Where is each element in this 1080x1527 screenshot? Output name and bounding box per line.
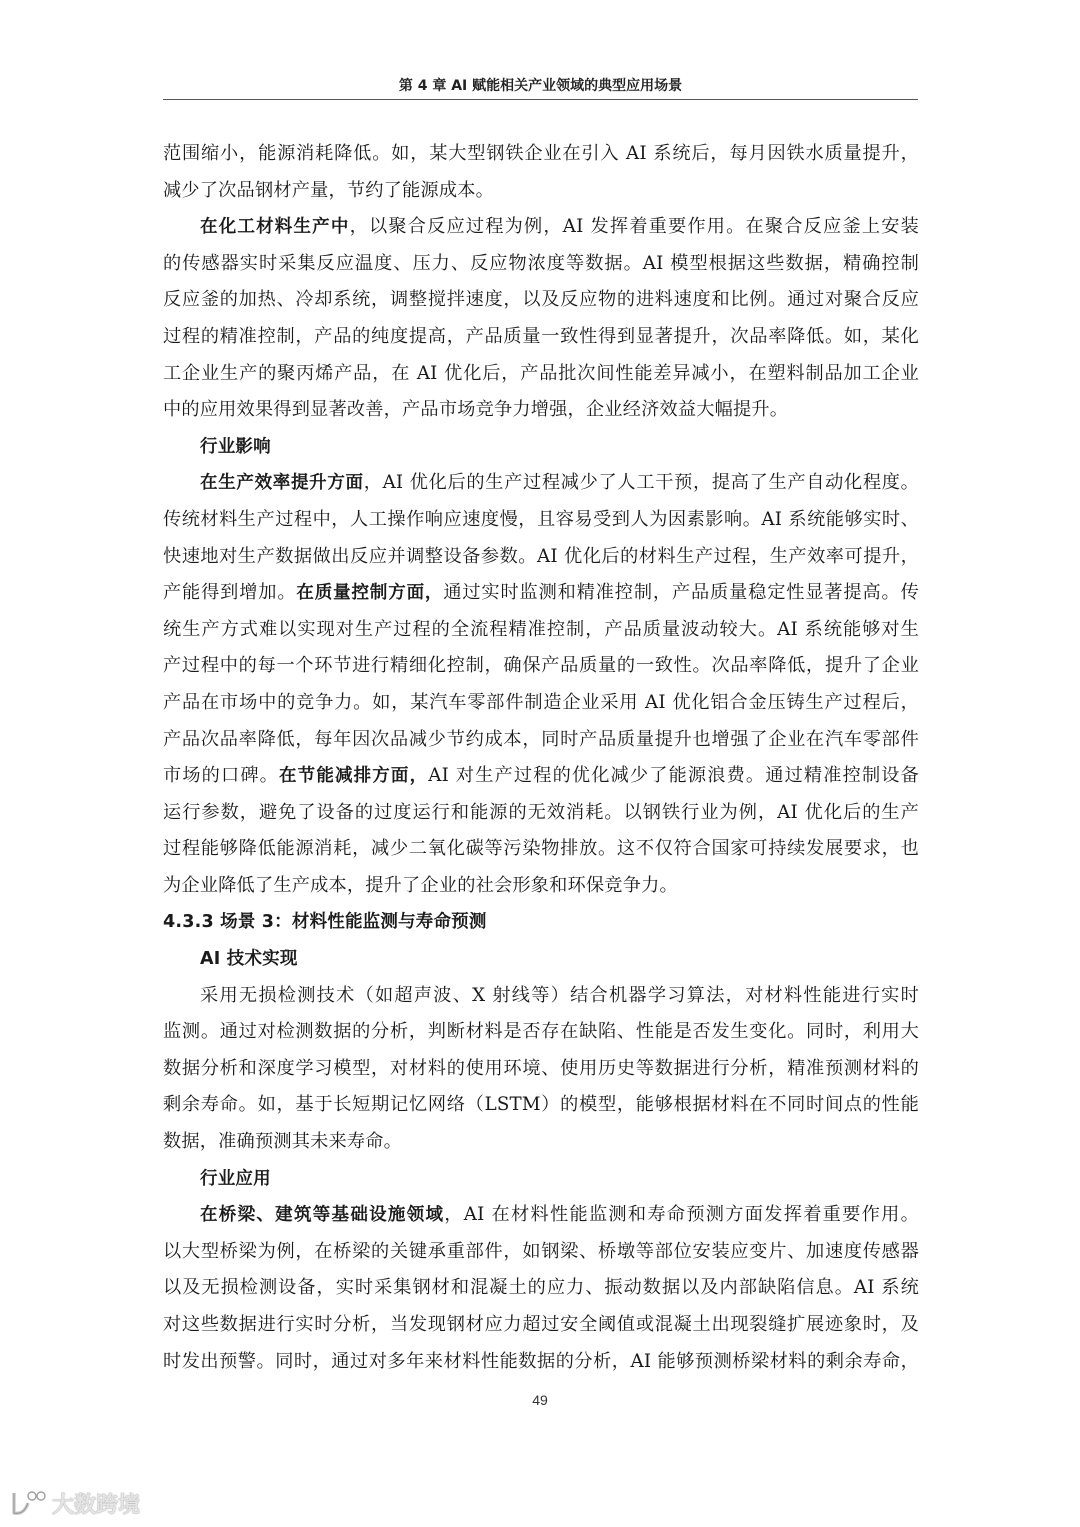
text-segment: 以大型桥梁为例，在桥梁的关键承重部件，如钢梁、桥墩等部位安装应变片、加速度传感器 [163, 1241, 919, 1262]
text-line: 市场的口碑。在节能减排方面，AI 对生产过程的优化减少了能源浪费。通过精准控制设… [163, 758, 919, 795]
text-segment: 时发出预警。同时，通过对多年来材料性能数据的分析，AI 能够预测桥梁材料的剩余寿… [163, 1351, 919, 1372]
text-segment: 过程的精准控制，产品的纯度提高，产品质量一致性得到显著提升，次品率降低。如，某化 [163, 326, 919, 347]
text-line: 过程能够降低能源消耗，减少二氧化碳等污染物排放。这不仅符合国家可持续发展要求，也 [163, 831, 919, 868]
text-line: 范围缩小，能源消耗降低。如，某大型钢铁企业在引入 AI 系统后，每月因铁水质量提… [163, 136, 919, 173]
text-segment: 反应釜的加热、冷却系统，调整搅拌速度，以及反应物的进料速度和比例。通过对聚合反应 [163, 289, 919, 310]
running-header: 第 4 章 AI 赋能相关产业领域的典型应用场景 [163, 76, 918, 100]
text-line: 时发出预警。同时，通过对多年来材料性能数据的分析，AI 能够预测桥梁材料的剩余寿… [163, 1344, 919, 1381]
bold-lead-text: 4.3.3 场景 3：材料性能监测与寿命预测 [163, 912, 487, 932]
text-segment: ，AI 在材料性能监测和寿命预测方面发挥着重要作用。 [444, 1204, 919, 1225]
text-line: 统生产方式难以实现对生产过程的全流程精准控制，产品质量波动较大。AI 系统能够对… [163, 612, 919, 649]
text-segment: 传统材料生产过程中，人工操作响应速度慢，且容易受到人为因素影响。AI 系统能够实… [163, 509, 919, 530]
body-text: 范围缩小，能源消耗降低。如，某大型钢铁企业在引入 AI 系统后，每月因铁水质量提… [163, 136, 919, 1380]
bold-lead-text: 在生产效率提升方面 [200, 473, 364, 493]
text-segment: 的传感器实时采集反应温度、压力、反应物浓度等数据。AI 模型根据这些数据，精确控… [163, 253, 919, 274]
text-segment: 过程能够降低能源消耗，减少二氧化碳等污染物排放。这不仅符合国家可持续发展要求，也 [163, 838, 919, 859]
text-segment: 数据分析和深度学习模型，对材料的使用环境、使用历史等数据进行分析，精准预测材料的 [163, 1058, 919, 1079]
bold-lead-text: 在桥梁、建筑等基础设施领域 [200, 1205, 444, 1225]
text-line: 数据，准确预测其未来寿命。 [163, 1124, 919, 1161]
bold-lead-text: 在化工材料生产中 [200, 217, 350, 237]
text-line: 过程的精准控制，产品的纯度提高，产品质量一致性得到显著提升，次品率降低。如，某化 [163, 319, 919, 356]
watermark-logo-icon [10, 1489, 48, 1517]
bold-lead-text: AI 技术实现 [200, 949, 298, 969]
text-segment: 以及无损检测设备，实时采集钢材和混凝土的应力、振动数据以及内部缺陷信息。AI 系… [163, 1277, 919, 1298]
text-segment: 市场的口碑。 [163, 765, 279, 786]
text-line: 产品在市场中的竞争力。如，某汽车零部件制造企业采用 AI 优化铝合金压铸生产过程… [163, 685, 919, 722]
watermark-text: 大数跨境 [52, 1488, 140, 1519]
text-line: 数据分析和深度学习模型，对材料的使用环境、使用历史等数据进行分析，精准预测材料的 [163, 1051, 919, 1088]
text-segment: 产过程中的每一个环节进行精细化控制，确保产品质量的一致性。次品率降低，提升了企业 [163, 655, 919, 676]
text-segment: 为企业降低了生产成本，提升了企业的社会形象和环保竞争力。 [163, 875, 678, 896]
text-line: 在生产效率提升方面，AI 优化后的生产过程减少了人工干预，提高了生产自动化程度。 [163, 465, 919, 502]
text-line: 以及无损检测设备，实时采集钢材和混凝土的应力、振动数据以及内部缺陷信息。AI 系… [163, 1270, 919, 1307]
text-segment: ，以聚合反应过程为例，AI 发挥着重要作用。在聚合反应釜上安装 [350, 216, 919, 237]
text-line: 减少了次品钢材产量，节约了能源成本。 [163, 173, 919, 210]
text-line: 运行参数，避免了设备的过度运行和能源的无效消耗。以钢铁行业为例，AI 优化后的生… [163, 795, 919, 832]
section-heading: 行业影响 [163, 429, 919, 466]
text-segment: ，AI 优化后的生产过程减少了人工干预，提高了生产自动化程度。 [364, 472, 919, 493]
text-segment: 通过实时监测和精准控制，产品质量稳定性显著提高。传 [443, 582, 919, 603]
text-line: 反应釜的加热、冷却系统，调整搅拌速度，以及反应物的进料速度和比例。通过对聚合反应 [163, 282, 919, 319]
text-segment: 范围缩小，能源消耗降低。如，某大型钢铁企业在引入 AI 系统后，每月因铁水质量提… [163, 143, 919, 164]
text-segment: 工企业生产的聚丙烯产品，在 AI 优化后，产品批次间性能差异减小，在塑料制品加工… [163, 363, 919, 384]
text-line: 产能得到增加。在质量控制方面，通过实时监测和精准控制，产品质量稳定性显著提高。传 [163, 575, 919, 612]
text-line: 工企业生产的聚丙烯产品，在 AI 优化后，产品批次间性能差异减小，在塑料制品加工… [163, 356, 919, 393]
text-line: 采用无损检测技术（如超声波、X 射线等）结合机器学习算法，对材料性能进行实时 [163, 978, 919, 1015]
text-segment: 对这些数据进行实时分析，当发现钢材应力超过安全阈值或混凝土出现裂缝扩展迹象时，及 [163, 1314, 919, 1335]
text-line: 监测。通过对检测数据的分析，判断材料是否存在缺陷、性能是否发生变化。同时，利用大 [163, 1014, 919, 1051]
text-line: 在桥梁、建筑等基础设施领域，AI 在材料性能监测和寿命预测方面发挥着重要作用。 [163, 1197, 919, 1234]
text-line: 传统材料生产过程中，人工操作响应速度慢，且容易受到人为因素影响。AI 系统能够实… [163, 502, 919, 539]
text-line: 的传感器实时采集反应温度、压力、反应物浓度等数据。AI 模型根据这些数据，精确控… [163, 246, 919, 283]
text-line: 中的应用效果得到显著改善，产品市场竞争力增强，企业经济效益大幅提升。 [163, 392, 919, 429]
text-segment: 中的应用效果得到显著改善，产品市场竞争力增强，企业经济效益大幅提升。 [163, 399, 788, 420]
text-segment: 采用无损检测技术（如超声波、X 射线等）结合机器学习算法，对材料性能进行实时 [200, 985, 919, 1006]
text-line: 以大型桥梁为例，在桥梁的关键承重部件，如钢梁、桥墩等部位安装应变片、加速度传感器 [163, 1234, 919, 1271]
bold-lead-text: 行业影响 [200, 437, 271, 457]
section-heading: 行业应用 [163, 1161, 919, 1198]
text-segment: 产品次品率降低，每年因次品减少节约成本，同时产品质量提升也增强了企业在汽车零部件 [163, 729, 919, 750]
text-segment: AI 对生产过程的优化减少了能源浪费。通过精准控制设备 [428, 765, 919, 786]
text-line: 快速地对生产数据做出反应并调整设备参数。AI 优化后的材料生产过程，生产效率可提… [163, 539, 919, 576]
watermark: 大数跨境 [10, 1488, 140, 1518]
text-line: 产品次品率降低，每年因次品减少节约成本，同时产品质量提升也增强了企业在汽车零部件 [163, 722, 919, 759]
bold-lead-text: 在质量控制方面， [296, 583, 443, 603]
text-segment: 统生产方式难以实现对生产过程的全流程精准控制，产品质量波动较大。AI 系统能够对… [163, 619, 919, 640]
text-line: 为企业降低了生产成本，提升了企业的社会形象和环保竞争力。 [163, 868, 919, 905]
text-segment: 减少了次品钢材产量，节约了能源成本。 [163, 180, 494, 201]
text-line: 产过程中的每一个环节进行精细化控制，确保产品质量的一致性。次品率降低，提升了企业 [163, 648, 919, 685]
section-heading: 4.3.3 场景 3：材料性能监测与寿命预测 [163, 904, 919, 941]
text-line: 对这些数据进行实时分析，当发现钢材应力超过安全阈值或混凝土出现裂缝扩展迹象时，及 [163, 1307, 919, 1344]
page-number: 49 [0, 1392, 1080, 1408]
text-segment: 监测。通过对检测数据的分析，判断材料是否存在缺陷、性能是否发生变化。同时，利用大 [163, 1021, 919, 1042]
text-segment: 运行参数，避免了设备的过度运行和能源的无效消耗。以钢铁行业为例，AI 优化后的生… [163, 802, 919, 823]
bold-lead-text: 在节能减排方面， [279, 766, 428, 786]
text-line: 剩余寿命。如，基于长短期记忆网络（LSTM）的模型，能够根据材料在不同时间点的性… [163, 1087, 919, 1124]
text-segment: 数据，准确预测其未来寿命。 [163, 1131, 402, 1152]
text-segment: 产能得到增加。 [163, 582, 296, 603]
header-divider [163, 99, 918, 100]
section-heading: AI 技术实现 [163, 941, 919, 978]
text-segment: 快速地对生产数据做出反应并调整设备参数。AI 优化后的材料生产过程，生产效率可提… [163, 546, 919, 567]
text-segment: 产品在市场中的竞争力。如，某汽车零部件制造企业采用 AI 优化铝合金压铸生产过程… [163, 692, 919, 713]
text-line: 在化工材料生产中，以聚合反应过程为例，AI 发挥着重要作用。在聚合反应釜上安装 [163, 209, 919, 246]
text-segment: 剩余寿命。如，基于长短期记忆网络（LSTM）的模型，能够根据材料在不同时间点的性… [163, 1094, 919, 1115]
bold-lead-text: 行业应用 [200, 1169, 271, 1189]
